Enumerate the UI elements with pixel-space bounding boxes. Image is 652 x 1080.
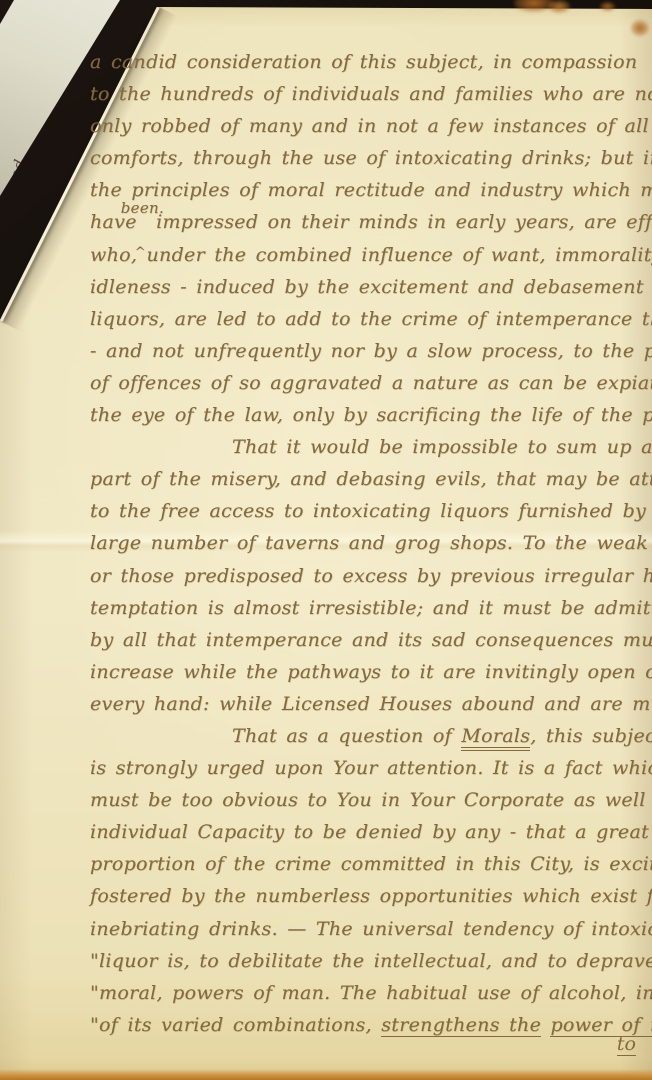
manuscript-line: individual Capacity to be denied by any … [90, 816, 650, 848]
manuscript-line: who, under the combined influence of wan… [90, 239, 650, 271]
manuscript-line: the principles of moral rectitude and in… [90, 174, 650, 206]
line-text: of offences of so aggravated a nature as… [90, 372, 652, 394]
line-text: proportion of the crime committed in thi… [90, 853, 652, 875]
manuscript-line: "moral, powers of man. The habitual use … [90, 977, 650, 1009]
manuscript-line: by all that intemperance and its sad con… [90, 624, 650, 656]
line-text: , this subject [530, 725, 652, 747]
manuscript-line: to the hundreds of individuals and famil… [90, 78, 650, 110]
line-text: only robbed of many and in not a few ins… [90, 115, 652, 137]
foxing-spot [631, 20, 649, 36]
manuscript-photo: ed. a candid consideration of this subje… [0, 0, 652, 1080]
underlined-phrase: Morals [461, 725, 530, 751]
line-text: inebriating drinks. — The universal tend… [90, 918, 652, 940]
manuscript-line: the eye of the law, only by sacrificing … [90, 399, 650, 431]
foxing-spot [548, 0, 570, 13]
manuscript-line: large number of taverns and grog shops. … [90, 527, 650, 559]
under-page-text-fragment: ed. [6, 151, 31, 182]
line-text: temptation is almost irresistible; and i… [90, 597, 652, 619]
line-text: That it would be impossible to sum up a … [232, 436, 652, 458]
manuscript-line: fostered by the numberless opportunities… [90, 880, 650, 912]
manuscript-line: proportion of the crime committed in thi… [90, 848, 650, 880]
manuscript-line: inebriating drinks. — The universal tend… [90, 913, 650, 945]
line-text: the eye of the law, only by sacrificing … [90, 404, 652, 426]
line-text: increase while the pathways to it are in… [90, 661, 652, 683]
line-text: "moral, powers of man. The habitual use … [90, 982, 652, 1004]
line-text: liquors, are led to add to the crime of … [90, 308, 652, 330]
line-text: every hand: while Licensed Houses abound… [90, 693, 652, 715]
catchword: to [617, 1033, 636, 1056]
line-text: "liquor is, to debilitate the intellectu… [90, 950, 652, 972]
manuscript-line: a candid consideration of this subject, … [90, 46, 650, 78]
line-text: individual Capacity to be denied by any … [90, 821, 649, 843]
line-text: or those predisposed to excess by previo… [90, 565, 652, 587]
line-text: idleness - induced by the excitement and… [90, 276, 652, 298]
line-text: That as a question of [232, 725, 461, 747]
manuscript-line: or those predisposed to excess by previo… [90, 560, 650, 592]
manuscript-line: temptation is almost irresistible; and i… [90, 592, 650, 624]
manuscript-line: part of the misery, and debasing evils, … [90, 463, 650, 495]
line-text: "of its varied combinations, [90, 1014, 381, 1036]
line-text: fostered by the numberless opportunities… [90, 885, 652, 907]
manuscript-line: havebeen.^ impressed on their minds in e… [90, 206, 650, 238]
manuscript-line: is strongly urged upon Your attention. I… [90, 752, 650, 784]
line-text: to the hundreds of individuals and famil… [90, 83, 652, 105]
line-text: the principles of moral rectitude and in… [90, 179, 652, 201]
line-text: who, under the combined influence of wan… [90, 244, 652, 266]
foxing-spot [600, 2, 615, 11]
manuscript-line: only robbed of many and in not a few ins… [90, 110, 650, 142]
line-text: to the free access to intoxicating liquo… [90, 500, 652, 522]
manuscript-line: of offences of so aggravated a nature as… [90, 367, 650, 399]
manuscript-line: "of its varied combinations, strengthens… [90, 1009, 650, 1041]
manuscript-text: a candid consideration of this subject, … [90, 46, 650, 1041]
manuscript-line: idleness - induced by the excitement and… [90, 271, 650, 303]
manuscript-line: comforts, through the use of intoxicatin… [90, 142, 650, 174]
manuscript-line: every hand: while Licensed Houses abound… [90, 688, 650, 720]
line-text: large number of taverns and grog shops. … [90, 532, 652, 554]
manuscript-line: to the free access to intoxicating liquo… [90, 495, 650, 527]
line-text: by all that intemperance and its sad con… [90, 629, 652, 651]
underlined-phrase: power of motive [550, 1014, 652, 1037]
manuscript-line: "liquor is, to debilitate the intellectu… [90, 945, 650, 977]
line-text: must be too obvious to You in Your Corpo… [90, 789, 652, 811]
manuscript-line: That it would be impossible to sum up a … [90, 431, 650, 463]
manuscript-line: must be too obvious to You in Your Corpo… [90, 784, 650, 816]
manuscript-line: - and not unfrequently nor by a slow pro… [90, 335, 650, 367]
line-text: - and not unfrequently nor by a slow pro… [90, 340, 652, 362]
page-bottom-edge [0, 1069, 652, 1080]
line-text: a candid consideration of this subject, … [90, 51, 637, 73]
manuscript-line: increase while the pathways to it are in… [90, 656, 650, 688]
manuscript-line: liquors, are led to add to the crime of … [90, 303, 650, 335]
line-text: comforts, through the use of intoxicatin… [90, 147, 652, 169]
line-text: impressed on their minds in early years,… [147, 211, 652, 233]
line-text: is strongly urged upon Your attention. I… [90, 757, 652, 779]
manuscript-line: That as a question of Morals, this subje… [90, 720, 650, 752]
line-text: part of the misery, and debasing evils, … [90, 468, 652, 490]
underlined-phrase: strengthens the [381, 1014, 541, 1037]
